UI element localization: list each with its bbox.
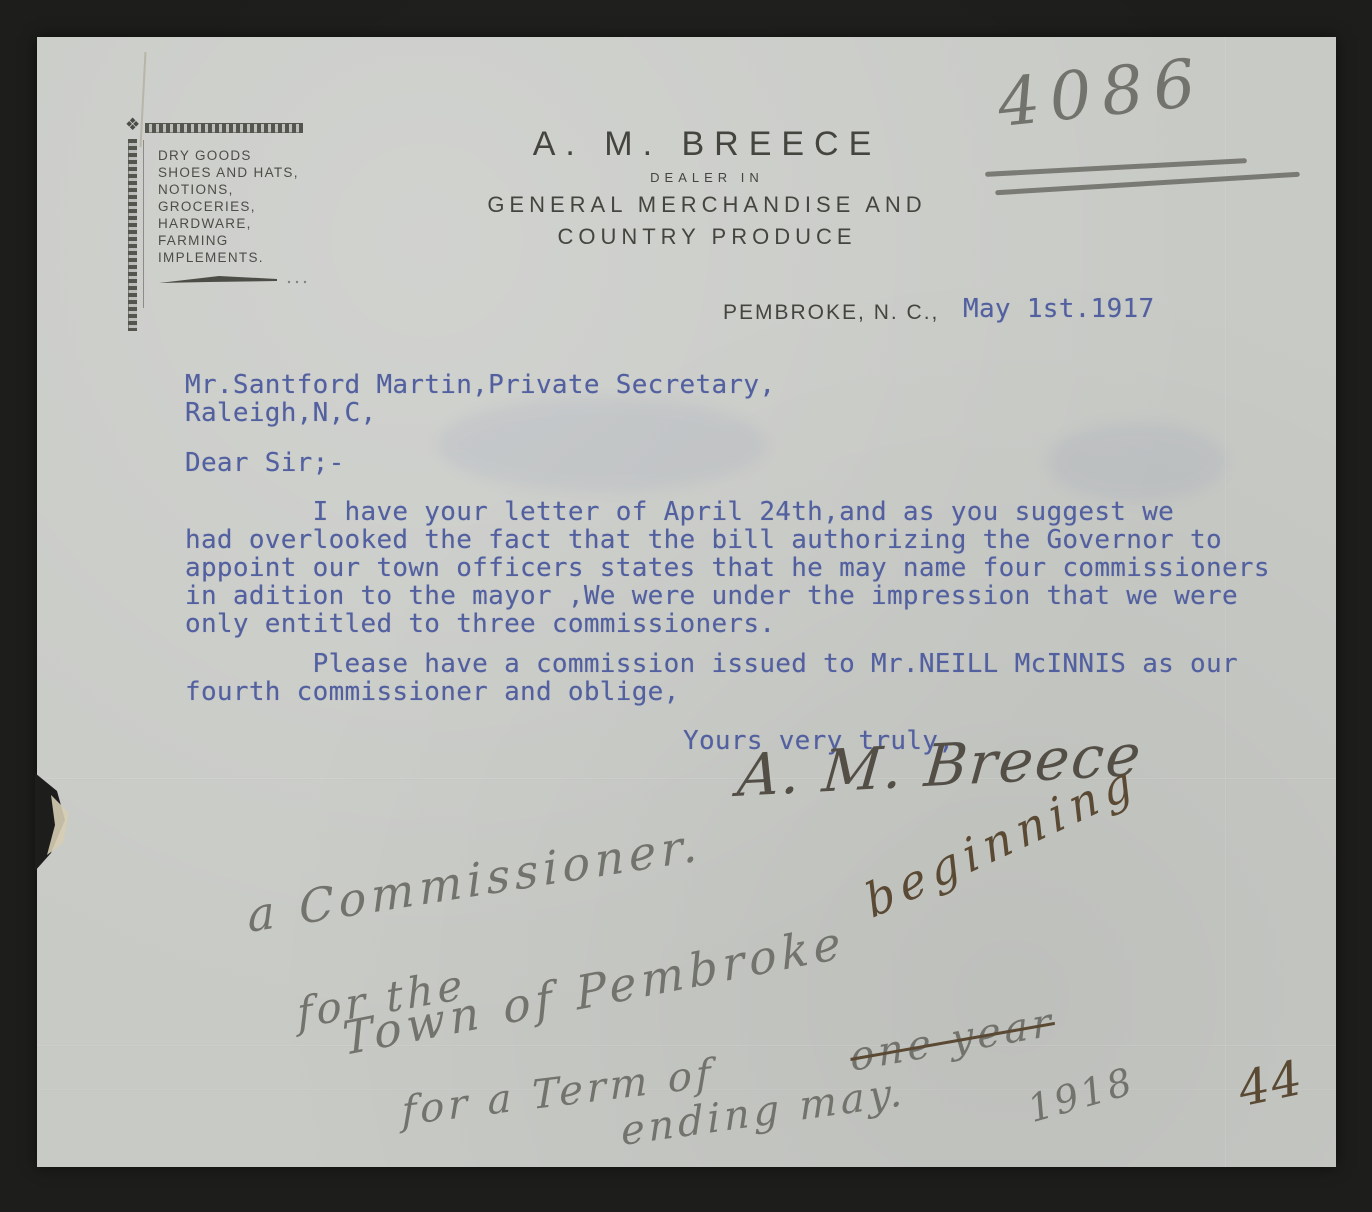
letterhead-services-list: DRY GOODS SHOES AND HATS, NOTIONS, GROCE… bbox=[158, 147, 299, 266]
annotation-struck-text: one year bbox=[849, 999, 1057, 1081]
ornament-band-horizontal bbox=[145, 123, 303, 133]
annotation-year: 1918 bbox=[1023, 1059, 1140, 1131]
letterhead-name: A. M. BREECE bbox=[387, 125, 1027, 164]
service-item: IMPLEMENTS. bbox=[158, 249, 299, 266]
service-item: GROCERIES, bbox=[158, 198, 299, 215]
ink-transfer-ghost bbox=[1047, 422, 1227, 502]
fold-crease-horizontal-2 bbox=[37, 1045, 1336, 1047]
letter-document: ❖ DRY GOODS SHOES AND HATS, NOTIONS, GRO… bbox=[37, 37, 1336, 1167]
letter-date: May 1st.1917 bbox=[963, 295, 1154, 323]
service-item: HARDWARE, bbox=[158, 215, 299, 232]
ornament-rule bbox=[143, 140, 144, 308]
service-item: NOTIONS, bbox=[158, 181, 299, 198]
letter-paragraph-1: I have your letter of April 24th,and as … bbox=[185, 498, 1270, 638]
torn-edge-notch bbox=[35, 765, 79, 877]
catalog-number: 4086 bbox=[994, 44, 1209, 142]
ornament-diamond-icon: ❖ bbox=[125, 115, 140, 135]
letter-recipient: Mr.Santford Martin,Private Secretary, Ra… bbox=[185, 371, 775, 427]
service-item: FARMING bbox=[158, 232, 299, 249]
letterhead-place: PEMBROKE, N. C., bbox=[723, 301, 939, 325]
service-item: DRY GOODS bbox=[158, 147, 299, 164]
letter-salutation: Dear Sir;- bbox=[185, 449, 345, 477]
catalog-underline-2 bbox=[995, 172, 1300, 196]
letterhead-business-line2: COUNTRY PRODUCE bbox=[387, 224, 1027, 250]
flourish-dash bbox=[159, 275, 309, 285]
letter-paragraph-2: Please have a commission issued to Mr.NE… bbox=[185, 650, 1238, 706]
fold-crease-horizontal-1 bbox=[37, 778, 1336, 780]
ornament-band-vertical bbox=[128, 139, 137, 331]
annotation-page-number: 44 bbox=[1233, 1050, 1308, 1118]
annotation-line1: a Commissioner. bbox=[246, 817, 703, 943]
service-item: SHOES AND HATS, bbox=[158, 164, 299, 181]
letterhead-business-line1: GENERAL MERCHANDISE AND bbox=[387, 192, 1027, 218]
letterhead-dealer-line: DEALER IN bbox=[387, 170, 1027, 185]
